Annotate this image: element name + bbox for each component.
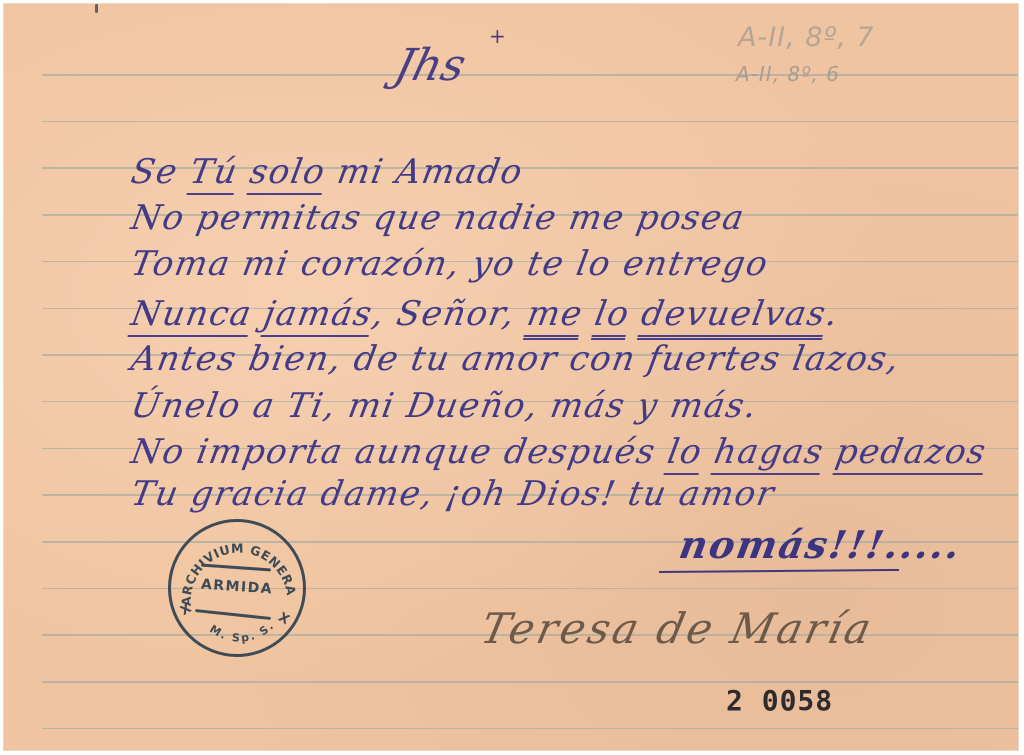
ruled-line — [42, 74, 1018, 76]
underlined-word: solo — [246, 152, 329, 195]
poem-text: Antes bien, de tu amor con fuertes lazos… — [128, 339, 903, 379]
archive-stamp: ARCHIVIUM GENERALE M. Sp. S. X X ARMIDA — [168, 519, 306, 657]
underlined-word: Tú — [186, 152, 241, 195]
underlined-word: jamás — [260, 294, 376, 337]
underlined-word: hagas — [711, 432, 828, 475]
underlined-word: devuelvas — [637, 294, 830, 340]
poem-line: Antes bien, de tu amor con fuertes lazos… — [128, 339, 903, 379]
svg-text:M. Sp. S.: M. Sp. S. — [207, 619, 277, 645]
underlined-word: Nunca — [127, 294, 255, 337]
stamp-x-mark-right: X — [276, 610, 292, 628]
poem-line: No importa aunque después lo hagas pedaz… — [128, 432, 990, 472]
cross-icon: + — [489, 24, 506, 48]
ruled-line — [42, 121, 1018, 123]
poem-closing: nomás!!!..... — [676, 522, 965, 567]
poem-line: Nunca jamás, Señor, me lo devuelvas. — [128, 294, 842, 334]
poem-text: Toma mi corazón, yo te lo entrego — [128, 244, 772, 284]
ink-mark — [95, 4, 98, 13]
poem-text: No permitas que nadie me posea — [128, 198, 748, 238]
poem-text: , Señor, — [369, 294, 531, 334]
poem-line: Únelo a Ti, mi Dueño, más y más. — [128, 386, 761, 426]
underlined-word: me — [523, 294, 586, 340]
closing-underline — [659, 569, 899, 573]
ruled-line — [42, 728, 1018, 730]
poem-line: Tu gracia dame, ¡oh Dios! tu amor — [128, 474, 778, 514]
poem-text: mi Amado — [322, 152, 527, 192]
poem-line: Toma mi corazón, yo te lo entrego — [128, 244, 772, 284]
poem-text: Únelo a Ti, mi Dueño, más y más. — [128, 386, 761, 426]
signature: Teresa de María — [477, 604, 879, 653]
archive-reference-2: A-II, 8º, 6 — [736, 62, 840, 86]
poem-text: Se — [128, 152, 194, 192]
document-sheet: A-II, 8º, 7 A-II, 8º, 6 Jhs + Se Tú solo… — [4, 4, 1018, 750]
monogram-heading: Jhs — [390, 40, 471, 91]
underlined-word: pedazos — [832, 432, 990, 475]
ruled-line — [42, 681, 1018, 683]
document-number: 2 0058 — [726, 684, 833, 717]
poem-text: Tu gracia dame, ¡oh Dios! tu amor — [128, 474, 778, 514]
poem-line: No permitas que nadie me posea — [128, 198, 748, 238]
archive-reference-1: A-II, 8º, 7 — [738, 22, 875, 53]
poem-line: Se Tú solo mi Amado — [128, 152, 526, 192]
stamp-bottom-text: M. Sp. S. — [207, 619, 277, 645]
poem-text: No importa aunque después — [128, 432, 671, 472]
